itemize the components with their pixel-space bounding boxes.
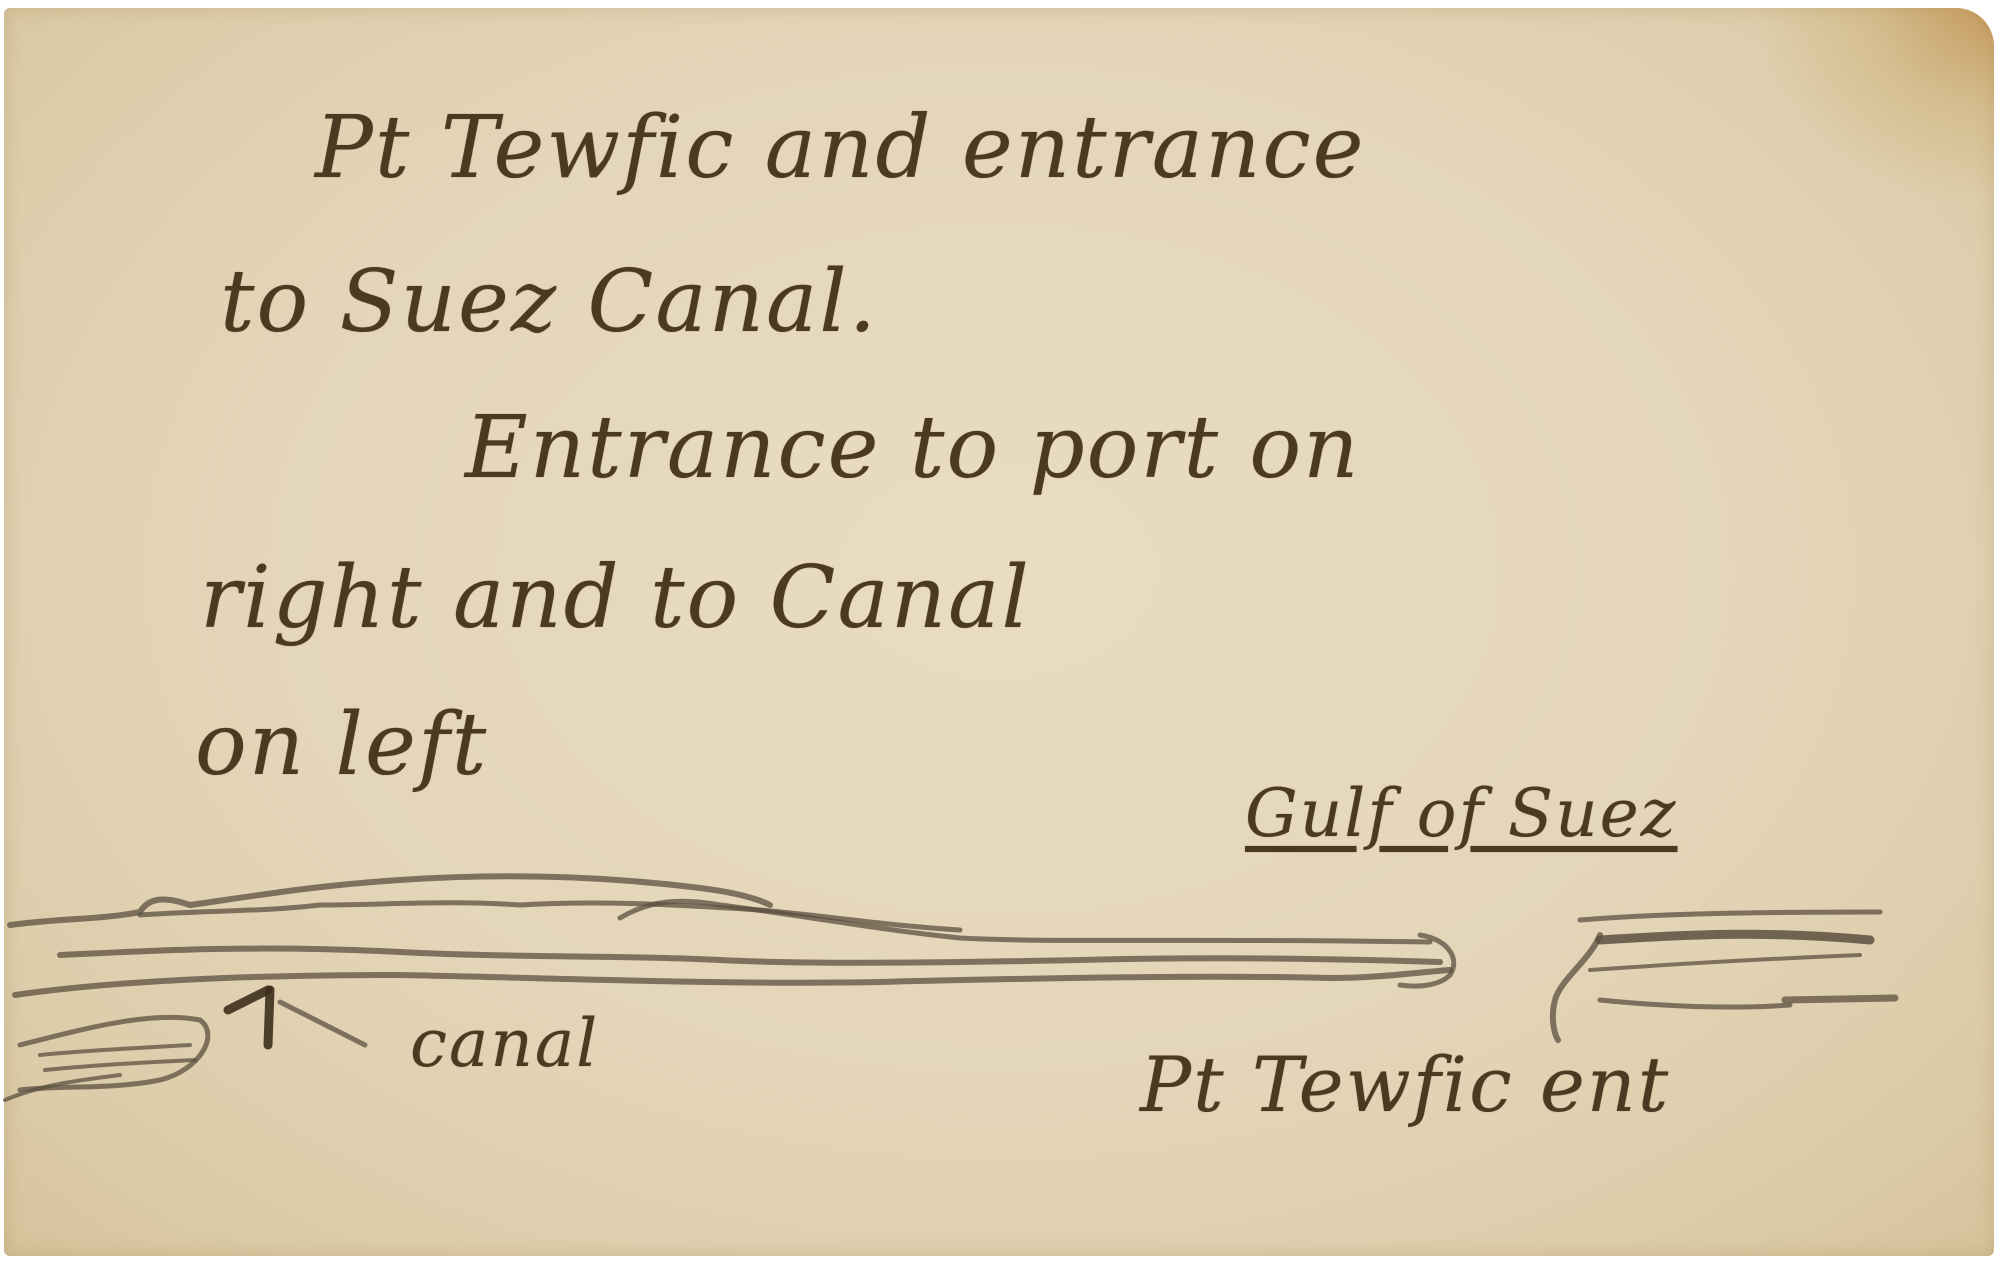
coastline-sketch [0, 0, 2000, 1262]
